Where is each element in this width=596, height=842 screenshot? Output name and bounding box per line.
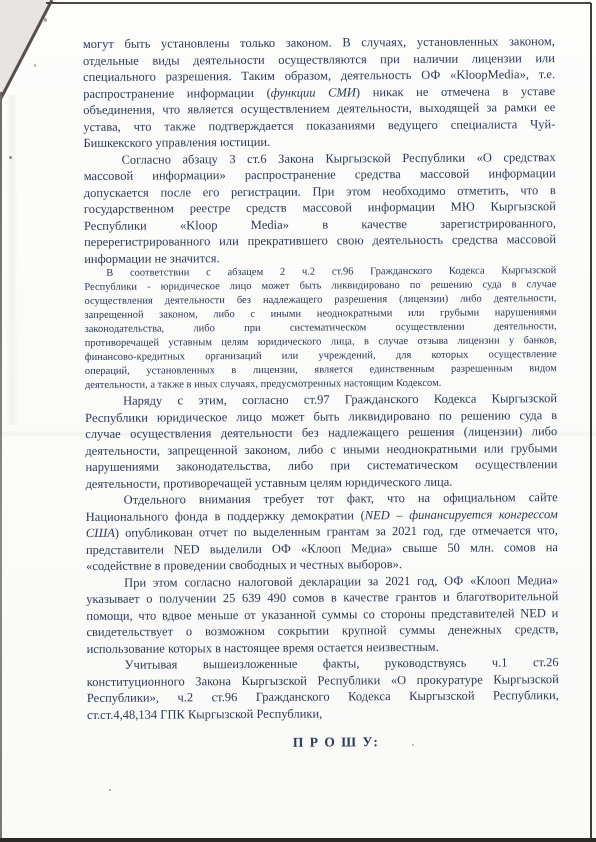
text-line: устава, что также подтверждается показан… xyxy=(83,116,555,135)
text-run: перерегистрированного или прекратившего … xyxy=(84,232,556,249)
text-line: ст.ст.4,48,134 ГПК Кыргызской Республики… xyxy=(87,704,559,723)
text-run: указывает о получении 25 639 490 сомов в… xyxy=(86,589,558,606)
text-line: перерегистрированного или прекратившего … xyxy=(84,231,556,250)
text-run: свидетельствует о возможном сокрытии кру… xyxy=(86,622,558,639)
text-run: ст.ст.4,48,134 ГПК Кыргызской Республики… xyxy=(87,706,322,721)
text-run: Бишкекского управления юстиции. xyxy=(83,135,270,150)
document-text: могут быть установлены только законом. В… xyxy=(83,33,559,752)
paragraph: При этом согласно налоговой декларации з… xyxy=(86,572,558,657)
text-run: случае осуществления деятельности без на… xyxy=(85,424,557,441)
scanned-page: могут быть установлены только законом. В… xyxy=(0,0,596,842)
text-run: информации не значится. xyxy=(84,251,220,266)
text-run: ) никак не отмечена в уставе xyxy=(356,84,555,99)
dust-speck xyxy=(109,789,111,791)
text-run: деятельности, запрещенной законом, либо … xyxy=(85,441,557,458)
text-run: объединения, что является осуществлением… xyxy=(83,100,555,117)
text-line: свидетельствует о возможном сокрытии кру… xyxy=(86,621,558,640)
text-run: В соответствии с абзацем 2 ч.2 ст.96 Гра… xyxy=(106,265,556,279)
italic-text-run: функции СМИ xyxy=(271,85,356,100)
dust-speck xyxy=(44,18,47,22)
text-run: Наряду с этим, согласно ст.97 Гражданско… xyxy=(123,391,557,408)
scan-border-right xyxy=(590,3,592,838)
text-run: массовой информации» распространение сре… xyxy=(84,166,556,183)
text-run: Учитывая вышеизложенные факты, руководст… xyxy=(125,655,559,672)
page-corner-fold xyxy=(0,0,70,110)
text-run: помощи, что вдвое меньше от указанной су… xyxy=(86,606,558,623)
text-run: деятельности, противоречащей уставным це… xyxy=(86,474,453,490)
text-run: использование которых в настоящее время … xyxy=(87,639,439,655)
text-run: нарушениями законодательства, либо при с… xyxy=(85,457,557,474)
paper-crease-vertical xyxy=(6,95,18,425)
text-run: запрещенной законом, либо с иными неодно… xyxy=(84,307,556,321)
text-run: Республики юридическое лицо может быть л… xyxy=(85,408,557,425)
text-run: Республики - юридическое лицо может быть… xyxy=(84,279,556,293)
text-run: При этом согласно налоговой декларации з… xyxy=(124,573,558,590)
text-line: представители NED выделили ОФ «Клооп Мед… xyxy=(86,539,558,558)
text-run: противоречащей уставным целям юридическо… xyxy=(85,335,557,349)
text-run: могут быть установлены только законом. В… xyxy=(83,34,555,51)
scan-border-top xyxy=(46,2,591,4)
paragraph: Наряду с этим, согласно ст.97 Гражданско… xyxy=(85,390,558,492)
paragraph: Отдельного внимания требует тот факт, чт… xyxy=(86,489,558,574)
text-run: финансово-кредитных организаций или учре… xyxy=(85,349,557,363)
paragraph: В соответствии с абзацем 2 ч.2 ст.96 Гра… xyxy=(84,264,557,393)
text-run: законодательства, либо при систематическ… xyxy=(85,321,557,335)
text-run: Республики», ч.2 ст.96 Гражданского Коде… xyxy=(87,688,559,705)
italic-text-run: США xyxy=(86,526,115,540)
document-paragraphs: могут быть установлены только законом. В… xyxy=(83,33,559,723)
italic-text-run: NED – финансируется конгрессом xyxy=(365,507,558,522)
text-line: операций, установленных в лицензии, явля… xyxy=(85,362,557,379)
text-line: Республики», ч.2 ст.96 Гражданского Коде… xyxy=(87,687,559,706)
text-run: специального разрешения. Таким образом, … xyxy=(83,67,555,84)
text-run: Национального фонда в поддержку демократ… xyxy=(86,508,365,524)
text-run: осуществления деятельности без надлежаще… xyxy=(84,293,556,307)
paragraph: Учитывая вышеизложенные факты, руководст… xyxy=(87,654,559,723)
text-run: устава, что также подтверждается показан… xyxy=(83,117,555,134)
text-run: допускается после его регистрации. При э… xyxy=(84,183,556,200)
text-run: Отдельного внимания требует тот факт, чт… xyxy=(124,490,558,507)
text-run: представители NED выделили ОФ «Клооп Мед… xyxy=(86,540,558,557)
text-run: конституционного Закона Кыргызской Респу… xyxy=(87,672,559,689)
petition-heading: П Р О Ш У: xyxy=(100,733,572,752)
text-run: распространение информации ( xyxy=(83,85,271,100)
dust-speck xyxy=(9,156,12,159)
scan-border-left xyxy=(0,92,2,838)
paragraph: Согласно абзацу 3 ст.6 Закона Кыргызской… xyxy=(84,149,557,267)
text-run: Республики «Kloop Media» в качестве заре… xyxy=(84,216,556,233)
text-run: ) опубликован отчет по выделенным гранта… xyxy=(115,523,558,540)
dust-speck xyxy=(34,64,36,67)
scan-border-bottom xyxy=(0,838,596,842)
text-run: «содействие в проведении свободных и чес… xyxy=(86,557,402,573)
paragraph: могут быть установлены только законом. В… xyxy=(83,33,556,151)
text-run: деятельности, а также в иных случаях, пр… xyxy=(85,378,441,391)
text-run: отдельные виды деятельности осуществляют… xyxy=(83,51,555,68)
text-run: операций, установленных в лицензии, явля… xyxy=(85,363,557,377)
text-line: нарушениями законодательства, либо при с… xyxy=(85,456,557,475)
text-run: государственном реестре средств массовой… xyxy=(84,199,556,216)
text-run: Согласно абзацу 3 ст.6 Закона Кыргызской… xyxy=(122,150,556,167)
